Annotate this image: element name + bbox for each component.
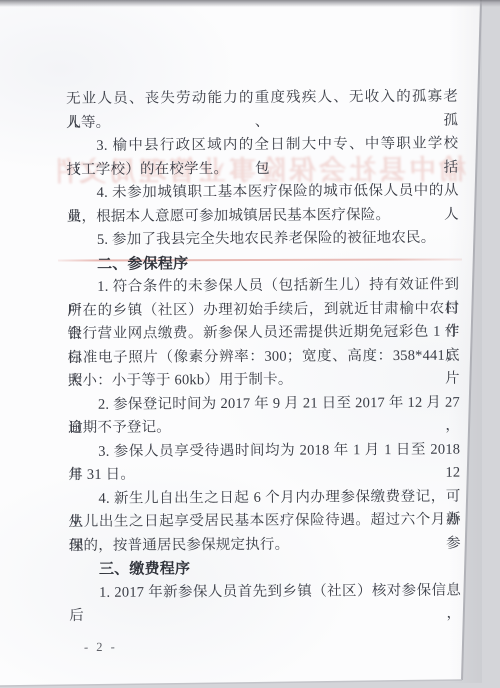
text-line: 银行营业网点缴费。新参保人员还需提供近期免冠彩色 1 寸白底: [67, 321, 459, 347]
scanner-top-edge-strip: [0, 0, 500, 7]
text-line: 1. 2017 年新参保人员首先到乡镇（社区）核对参保信息后，: [69, 579, 461, 605]
text-line: 标准电子照片（像素分辨率：300；宽度、高度：358*441；照片: [68, 344, 460, 370]
paper-bottom-edge-line: [0, 680, 462, 686]
text-line: 无业人员、丧失劳动能力的重度残疾人、无收入的孤寡老人、孤: [66, 86, 458, 112]
text-line: 3. 榆中县行政区域内的全日制大中专、中等职业学校（包括: [66, 133, 458, 159]
paper-right-edge-line: [462, 0, 481, 680]
text-line: 1. 符合条件的未参保人员（包括新生儿）持有效证件到户口: [67, 274, 459, 300]
text-line: 所在的乡镇（社区）办理初始手续后，到就近甘肃榆中农村合作: [67, 297, 459, 323]
text-line: 4. 未参加城镇职工基本医疗保险的城市低保人员中的从业人: [67, 180, 459, 206]
page-number: - 2 -: [84, 640, 117, 655]
text-line: 生儿出生之日起享受居民基本医疗保险待遇。超过六个月办理参: [69, 509, 461, 535]
text-line: 3. 参保人员享受待遇时间均为 2018 年 1 月 1 日至 2018 年 1…: [68, 438, 460, 464]
text-line: 2. 参保登记时间为 2017 年 9 月 21 日至 2017 年 12 月 …: [68, 391, 460, 417]
text-line: 4. 新生儿自出生之日起 6 个月内办理参保缴费登记，可从新: [68, 485, 460, 511]
text-line: 5. 参加了我县完全失地农民养老保险的被征地农民。: [67, 227, 459, 253]
section-heading: 二、参保程序: [67, 250, 459, 276]
document-text-block: 无业人员、丧失劳动能力的重度残疾人、无收入的孤寡老人、孤儿等。3. 榆中县行政区…: [66, 86, 461, 605]
section-heading: 三、缴费程序: [69, 556, 461, 582]
scanned-document-page: 榆中县社会保险事业管理局文件 无业人员、丧失劳动能力的重度残疾人、无收入的孤寡老…: [0, 0, 500, 688]
